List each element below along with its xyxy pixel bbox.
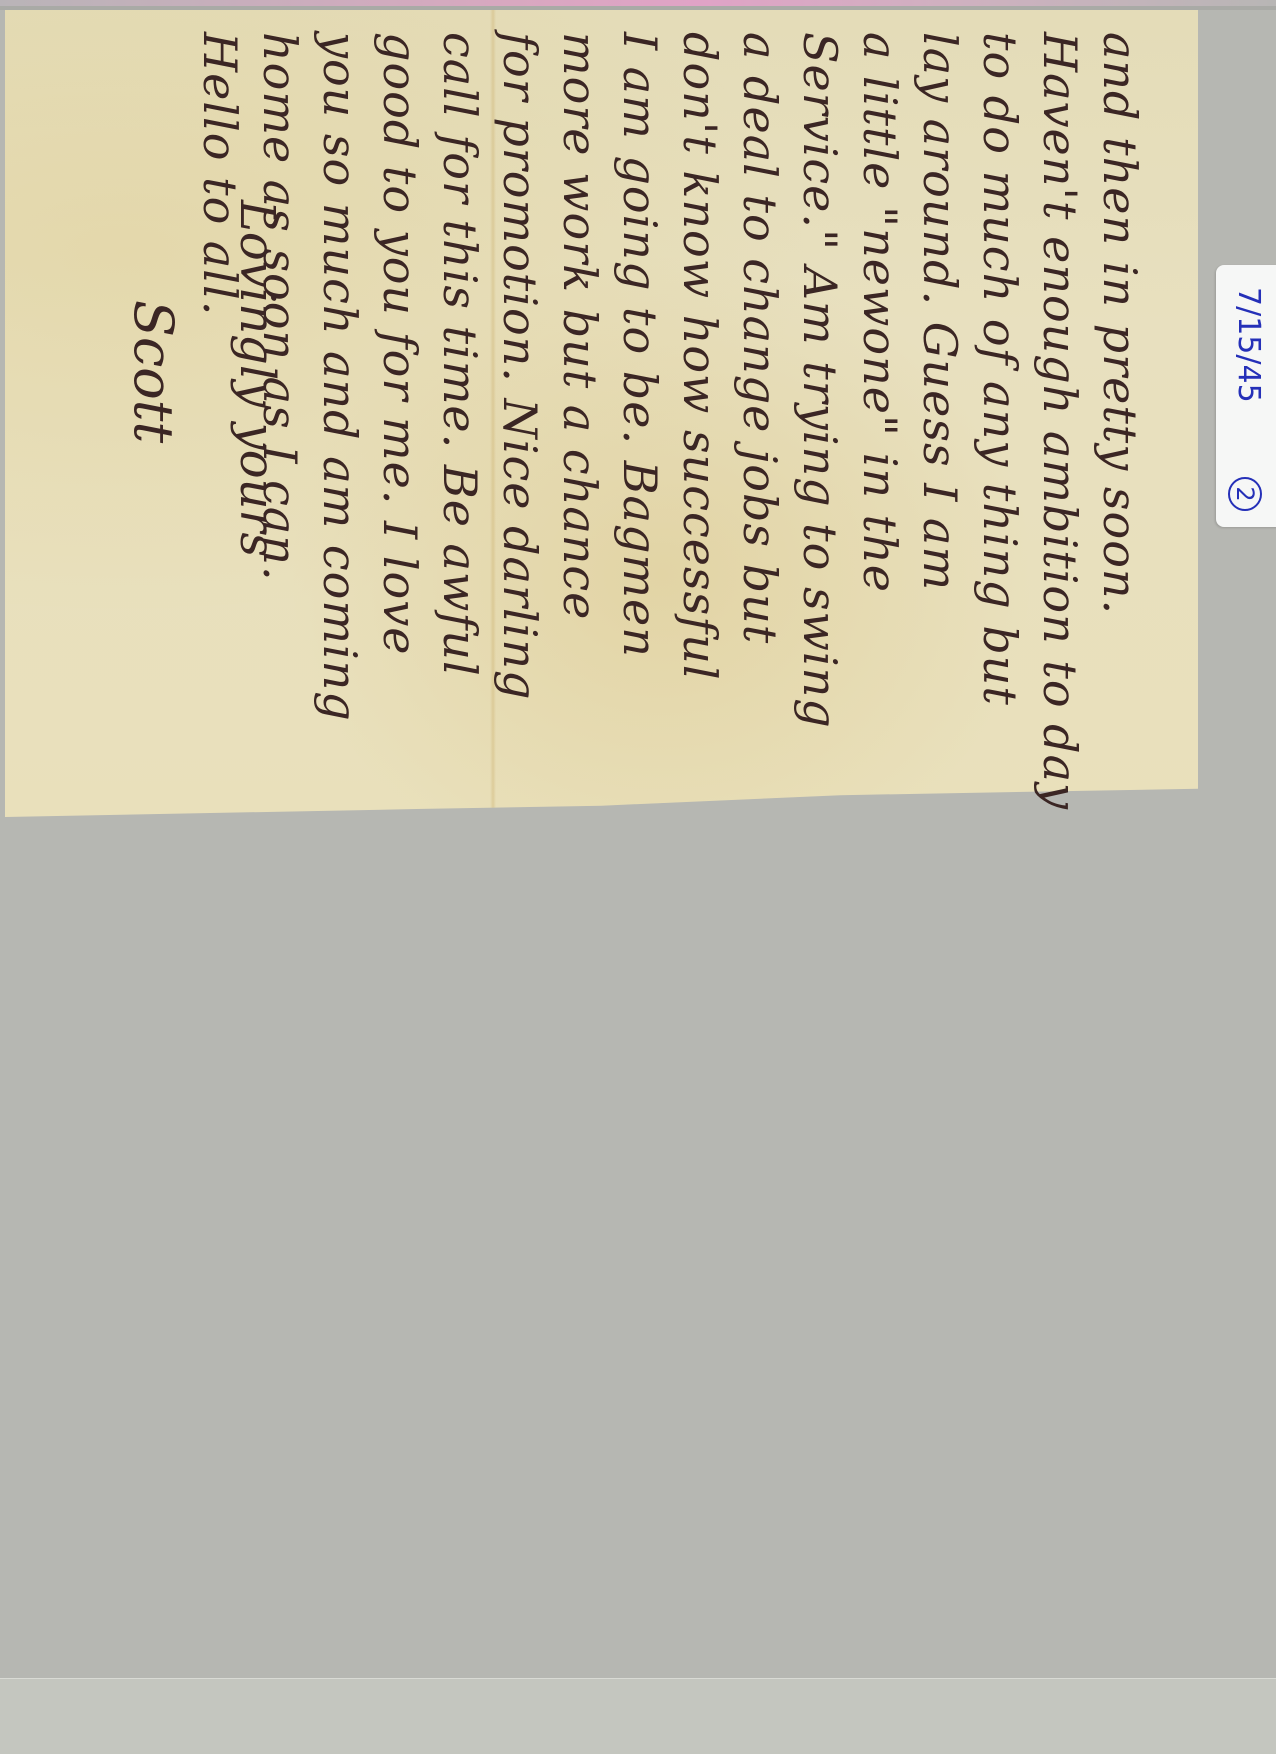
archive-date: 7/15/45 bbox=[1231, 287, 1266, 403]
letter-line: a deal to change jobs but bbox=[730, 32, 790, 802]
letter-line: I am going to be. Bagmen bbox=[610, 32, 670, 802]
scanner-bed-lower bbox=[0, 1678, 1276, 1754]
letter-line: to do much of any thing but bbox=[970, 32, 1030, 802]
letter-line: lay around. Guess I am bbox=[910, 32, 970, 802]
archive-label-tab: 7/15/45 2 bbox=[1216, 265, 1276, 527]
letter-line: Haven't enough ambition to day bbox=[1030, 32, 1090, 802]
letter-line: don't know how successful bbox=[670, 32, 730, 802]
letter-line: Service." Am trying to swing bbox=[790, 32, 850, 802]
letter-line: more work but a chance bbox=[550, 32, 610, 802]
letter-signature: Scott bbox=[122, 300, 185, 443]
letter-line: call for this time. Be awful bbox=[430, 32, 490, 802]
letter-line: for promotion. Nice darling bbox=[490, 32, 550, 802]
letter-body: and then in pretty soon. Haven't enough … bbox=[190, 32, 1150, 802]
letter-line: you so much and am coming bbox=[310, 32, 370, 802]
letter-line: and then in pretty soon. bbox=[1090, 32, 1150, 802]
page-number-badge: 2 bbox=[1228, 477, 1262, 511]
letter-closing: Lovingly yours bbox=[229, 200, 285, 557]
letter-line: a little "newone" in the bbox=[850, 32, 910, 802]
letter-line: good to you for me. I love bbox=[370, 32, 430, 802]
scanner-top-shadow bbox=[0, 6, 1276, 10]
